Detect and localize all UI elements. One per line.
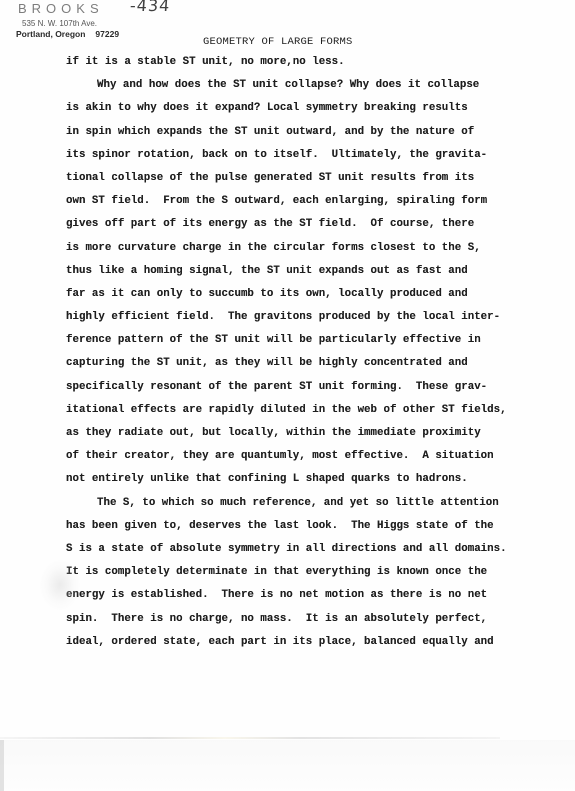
body-line: not entirely unlike that confining L sha… [66,468,507,491]
letterhead-street: 535 N. W. 107th Ave. [22,19,119,29]
body-line: energy is established. There is no net m… [66,584,507,607]
body-line: The S, to which so much reference, and y… [66,492,507,515]
body-line: gives off part of its energy as the ST f… [66,213,507,236]
body-line: highly efficient field. The gravitons pr… [66,306,507,329]
body-line: is more curvature charge in the circular… [66,237,507,260]
letterhead-name: BROOKS -434 [18,2,119,16]
body-line: in spin which expands the ST unit outwar… [66,121,507,144]
body-line: tional collapse of the pulse generated S… [66,167,507,190]
body-line: of their creator, they are quantumly, mo… [66,445,507,468]
document-page: BROOKS -434 535 N. W. 107th Ave. Portlan… [0,0,575,791]
letterhead-city: Portland, Oregon [16,29,85,39]
letterhead: BROOKS -434 535 N. W. 107th Ave. Portlan… [18,2,119,40]
scan-lower-noise [0,740,575,791]
body-line: Why and how does the ST unit collapse? W… [66,74,507,97]
body-line: capturing the ST unit, as they will be h… [66,352,507,375]
document-title: GEOMETRY OF LARGE FORMS [203,36,353,48]
body-line: specifically resonant of the parent ST u… [66,376,507,399]
scan-smudge [40,560,80,610]
body-line: its spinor rotation, back on to itself. … [66,144,507,167]
document-body: if it is a stable ST unit, no more,no le… [66,51,507,654]
letterhead-zip: 97229 [95,29,119,39]
body-line: has been given to, deserves the last loo… [66,515,507,538]
body-line: is akin to why does it expand? Local sym… [66,97,507,120]
body-line: S is a state of absolute symmetry in all… [66,538,507,561]
body-line: ideal, ordered state, each part in its p… [66,631,507,654]
body-line: own ST field. From the S outward, each e… [66,190,507,213]
scan-line-artifact [0,737,500,739]
body-line: if it is a stable ST unit, no more,no le… [66,51,507,74]
body-line: far as it can only to succumb to its own… [66,283,507,306]
body-line: spin. There is no charge, no mass. It is… [66,608,507,631]
scan-edge-artifact [0,740,4,791]
body-line: as they radiate out, but locally, within… [66,422,507,445]
body-line: thus like a homing signal, the ST unit e… [66,260,507,283]
handwritten-annotation: -434 [130,0,171,13]
body-line: ference pattern of the ST unit will be p… [66,329,507,352]
letterhead-name-text: BROOKS [18,1,104,16]
body-line: itational effects are rapidly diluted in… [66,399,507,422]
letterhead-city-line: Portland, Oregon97229 [16,29,119,40]
body-line: It is completely determinate in that eve… [66,561,507,584]
